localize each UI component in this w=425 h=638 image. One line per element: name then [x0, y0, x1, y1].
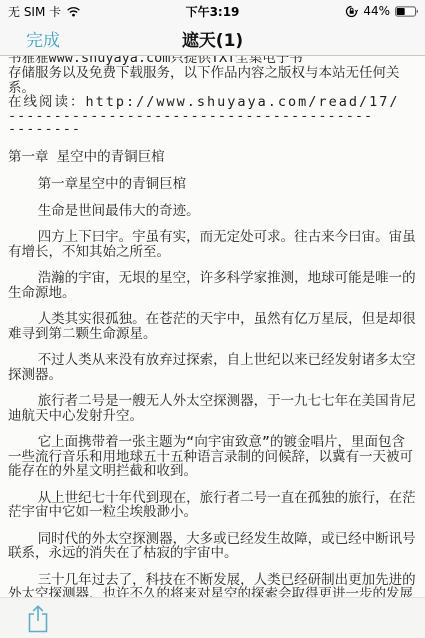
paragraph: 它上面携带着一张主题为“向宇宙致意”的镀金唱片，里面包含一些流行音乐和用地球五十… — [8, 435, 417, 479]
chapter-heading: 第一章 星空中的青铜巨棺 — [8, 150, 417, 165]
bottom-toolbar — [0, 597, 425, 638]
paragraph: 第一章星空中的青铜巨棺 — [8, 177, 417, 192]
battery-percent: 44% — [363, 4, 390, 18]
ebook-reader-screen: 无 SIM 卡 下午3:19 44% 完成 遮天( — [0, 0, 425, 638]
paragraph: 旅行者二号是一艘无人外太空探测器，于一九七七年在美国肯尼迪航天中心发射升空。 — [8, 394, 417, 423]
battery-icon — [395, 6, 419, 17]
paragraph: 生命是世间最伟大的奇迹。 — [8, 204, 417, 219]
carrier-label: 无 SIM 卡 — [8, 3, 61, 20]
paragraph: 从上世纪七十年代到现在，旅行者二号一直在孤独的旅行，在茫茫宇宙中它如一粒尘埃般渺… — [8, 491, 417, 520]
divider-dashes: -------- — [8, 123, 417, 136]
navigation-bar: 完成 遮天(1) — [0, 22, 425, 56]
share-icon — [25, 604, 51, 634]
paragraph: 同时代的外太空探测器，大多或已经发生故障，或已经中断讯号联系，永远的消失在了枯寂… — [8, 532, 417, 561]
status-bar: 无 SIM 卡 下午3:19 44% — [0, 0, 425, 22]
paragraph: 人类其实很孤独。在苍茫的天宇中，虽然有亿万星辰，但是却很难寻到第二颗生命源星。 — [8, 312, 417, 341]
done-button[interactable]: 完成 — [0, 26, 60, 51]
disclaimer-text: 存储服务以及免费下载服务，以下作品内容之版权与本站无任何关系。 — [8, 66, 417, 95]
paragraph: 浩瀚的宇宙，无垠的星空，许多科学家推测，地球可能是唯一的生命源地。 — [8, 271, 417, 300]
wifi-icon — [66, 6, 81, 17]
paragraph-list: 第一章 星空中的青铜巨棺第一章星空中的青铜巨棺生命是世间最伟大的奇迹。四方上下曰… — [8, 150, 417, 602]
document-content[interactable]: 书雅雅www.shuyaya.com只提供TXT全集电子书 存储服务以及免费下载… — [0, 56, 425, 638]
paragraph: 不过人类从来没有放弃过探索，自上世纪以来已经发射诸多太空探测器。 — [8, 353, 417, 382]
paragraph: 四方上下曰宇。宇虽有实，而无定处可求。往古来今曰宙。宙虽有增长，不知其始之所至。 — [8, 230, 417, 259]
page-title: 遮天(1) — [0, 26, 425, 51]
share-button[interactable] — [22, 602, 54, 636]
orientation-lock-icon — [345, 5, 358, 18]
